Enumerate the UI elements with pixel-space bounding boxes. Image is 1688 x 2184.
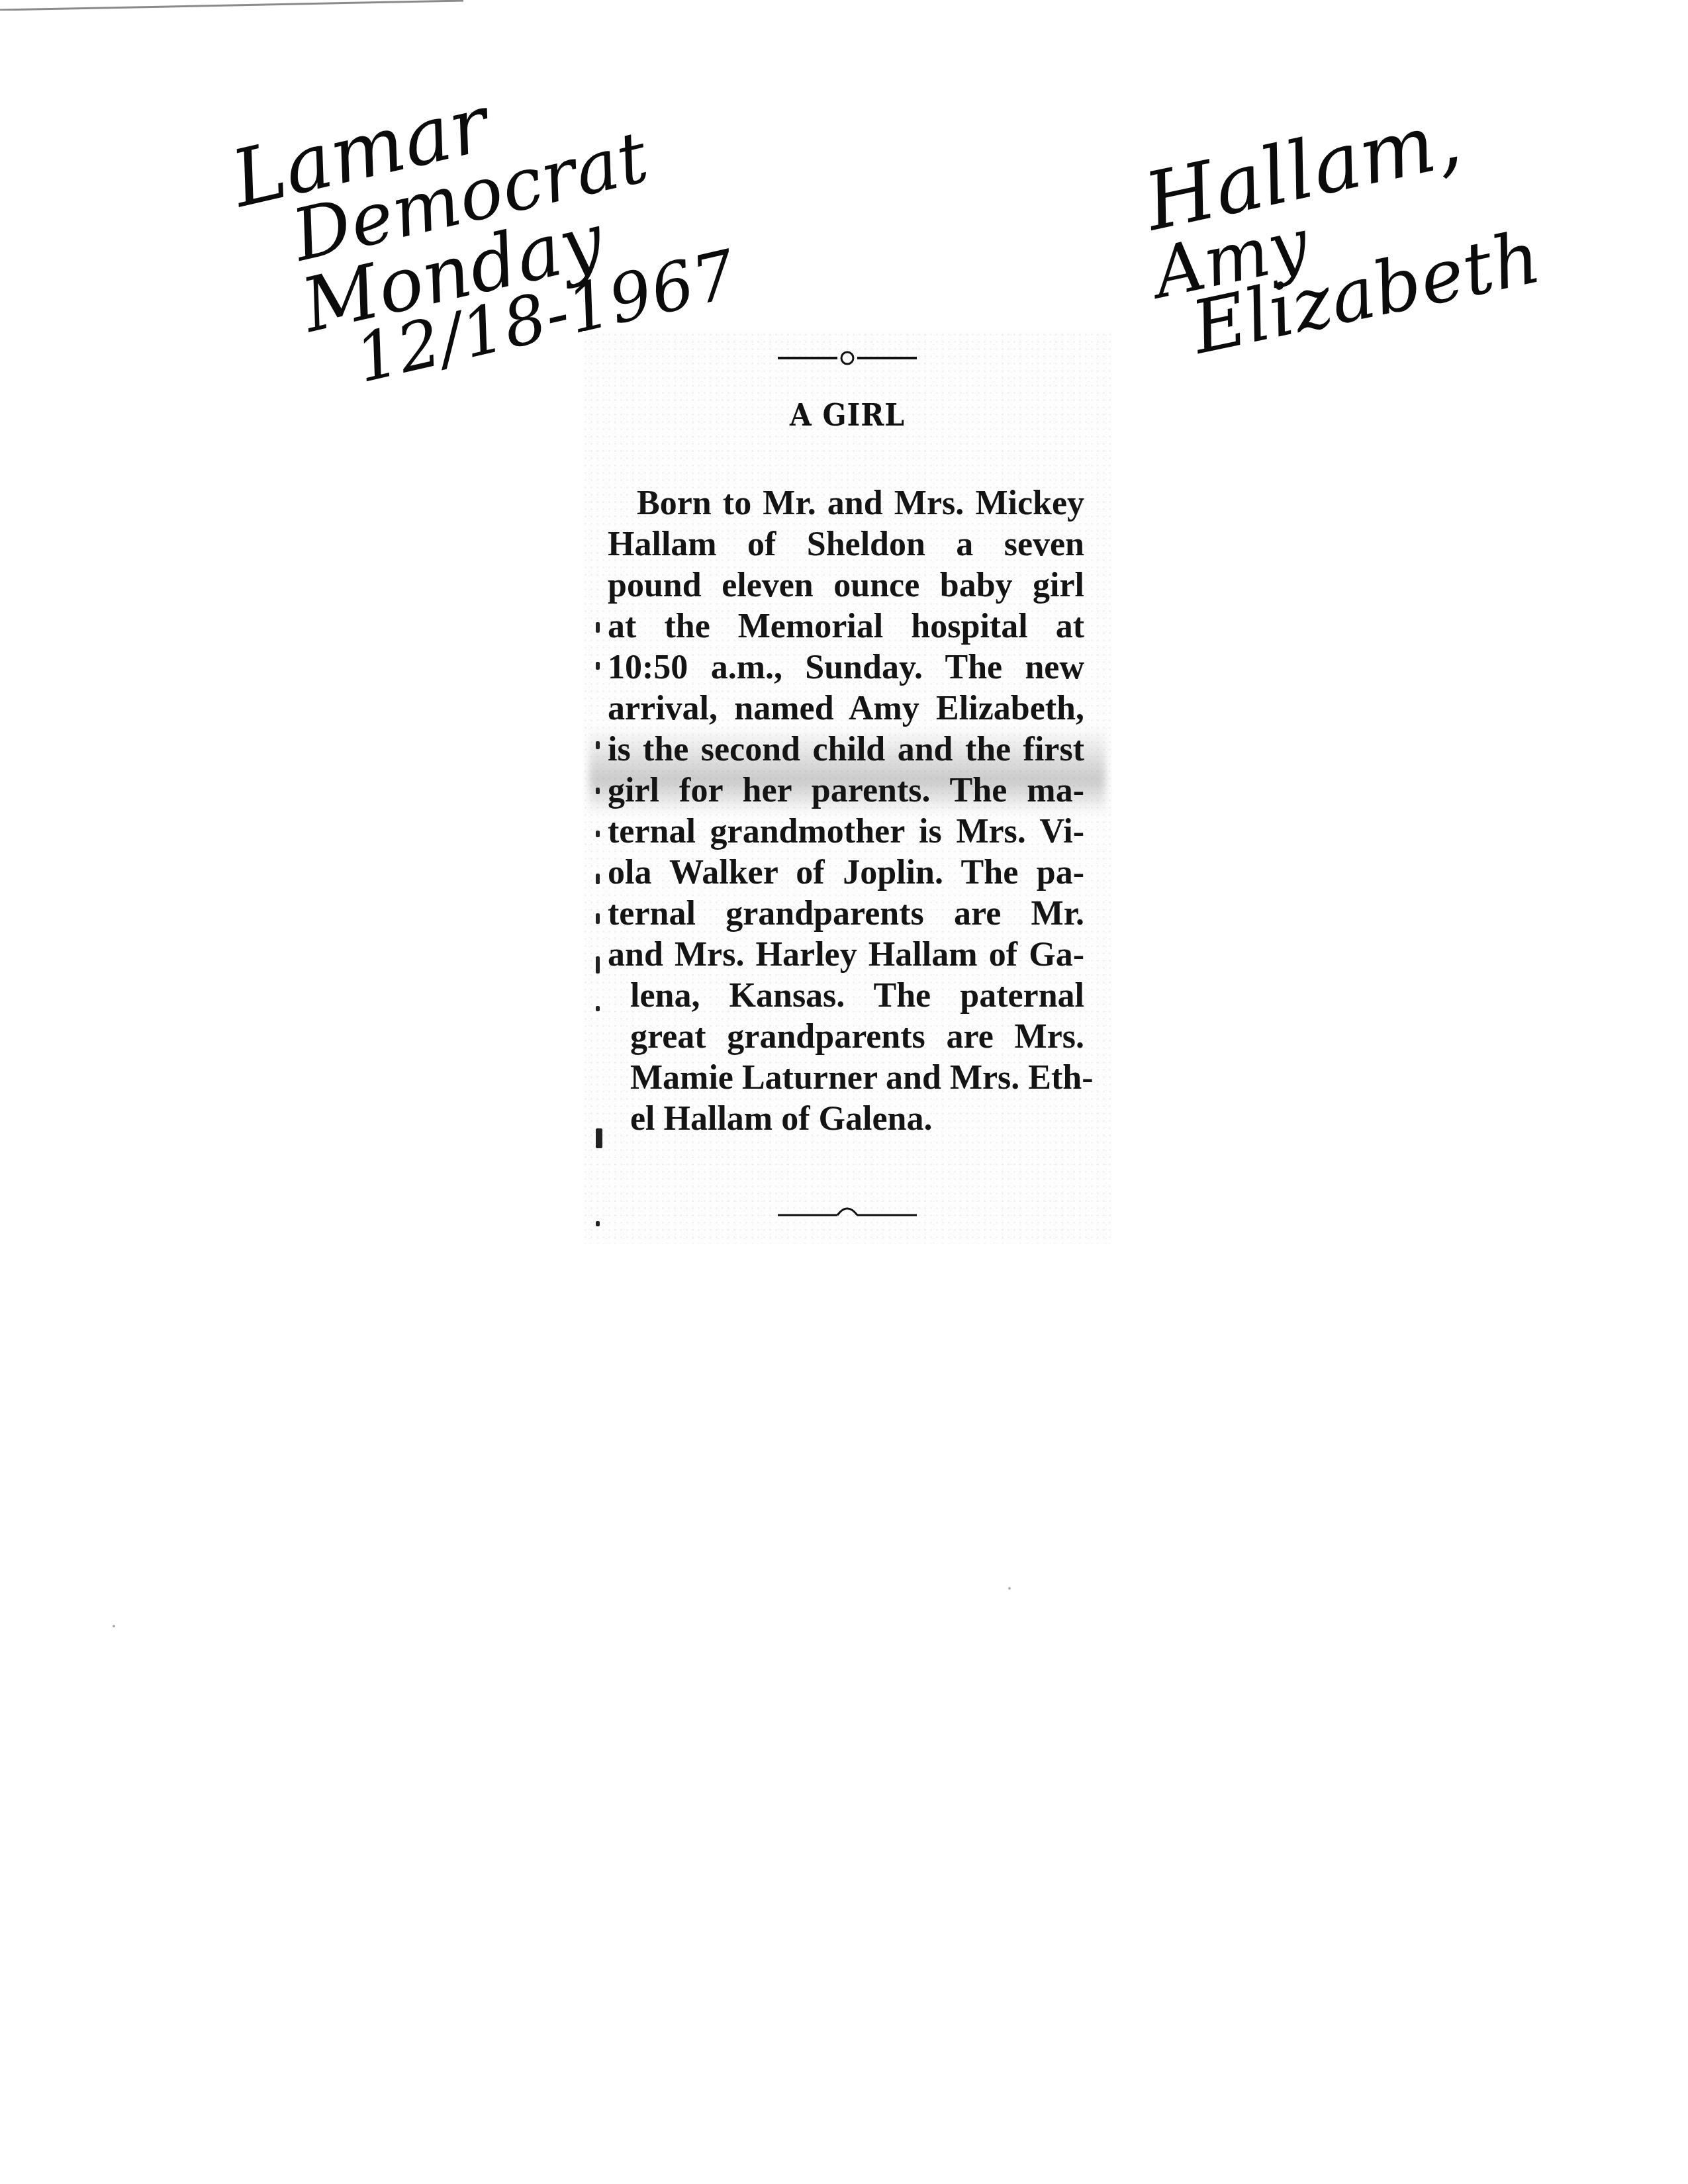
margin-mark [596,913,600,924]
article-line: Hallam of Sheldon a seven [608,524,1084,565]
margin-mark [596,622,600,633]
article-line: Born to Mr. and Mrs. Mickey [608,483,1084,524]
article-line: pound eleven ounce baby girl [608,565,1084,606]
article-line: and Mrs. Harley Hallam of Ga- [608,934,1084,976]
scan-speck [1008,1587,1011,1590]
margin-mark [596,741,600,749]
scan-edge-line [0,0,463,11]
article-line: is the second child and the first [608,729,1084,770]
article-line: ola Walker of Joplin. The pa- [608,852,1084,893]
article-headline: A GIRL [604,397,1091,433]
margin-mark [596,874,600,884]
article-line: Mamie Laturner and Mrs. Eth- [608,1058,1084,1099]
article-line: lena, Kansas. The paternal [608,976,1084,1017]
ornamental-rule-bottom [778,1205,917,1219]
margin-mark [596,1128,602,1148]
article-line: ternal grandparents are Mr. [608,893,1084,934]
article-line: ternal grandmother is Mrs. Vi- [608,811,1084,852]
article-line: girl for her parents. The ma- [608,770,1084,811]
scan-speck [113,1625,115,1627]
article-body: Born to Mr. and Mrs. Mickey Hallam of Sh… [608,483,1084,1140]
margin-mark [596,662,600,670]
ornamental-rule-top [778,351,917,365]
margin-mark [596,1221,600,1226]
handwritten-subject-note: Hallam, Amy Elizabeth [1139,88,1547,369]
article-line: at the Memorial hospital at [608,606,1084,647]
margin-mark [596,831,600,837]
article-line: arrival, named Amy Elizabeth, [608,688,1084,729]
article-line: great grandparents are Mrs. [608,1017,1084,1058]
article-line: 10:50 a.m., Sunday. The new [608,647,1084,688]
margin-mark [596,788,600,794]
margin-mark [596,1006,600,1011]
margin-mark [596,956,600,974]
article-line: el Hallam of Galena. [608,1099,1084,1140]
newspaper-clipping: A GIRL Born to Mr. and Mrs. Mickey Halla… [583,331,1112,1244]
